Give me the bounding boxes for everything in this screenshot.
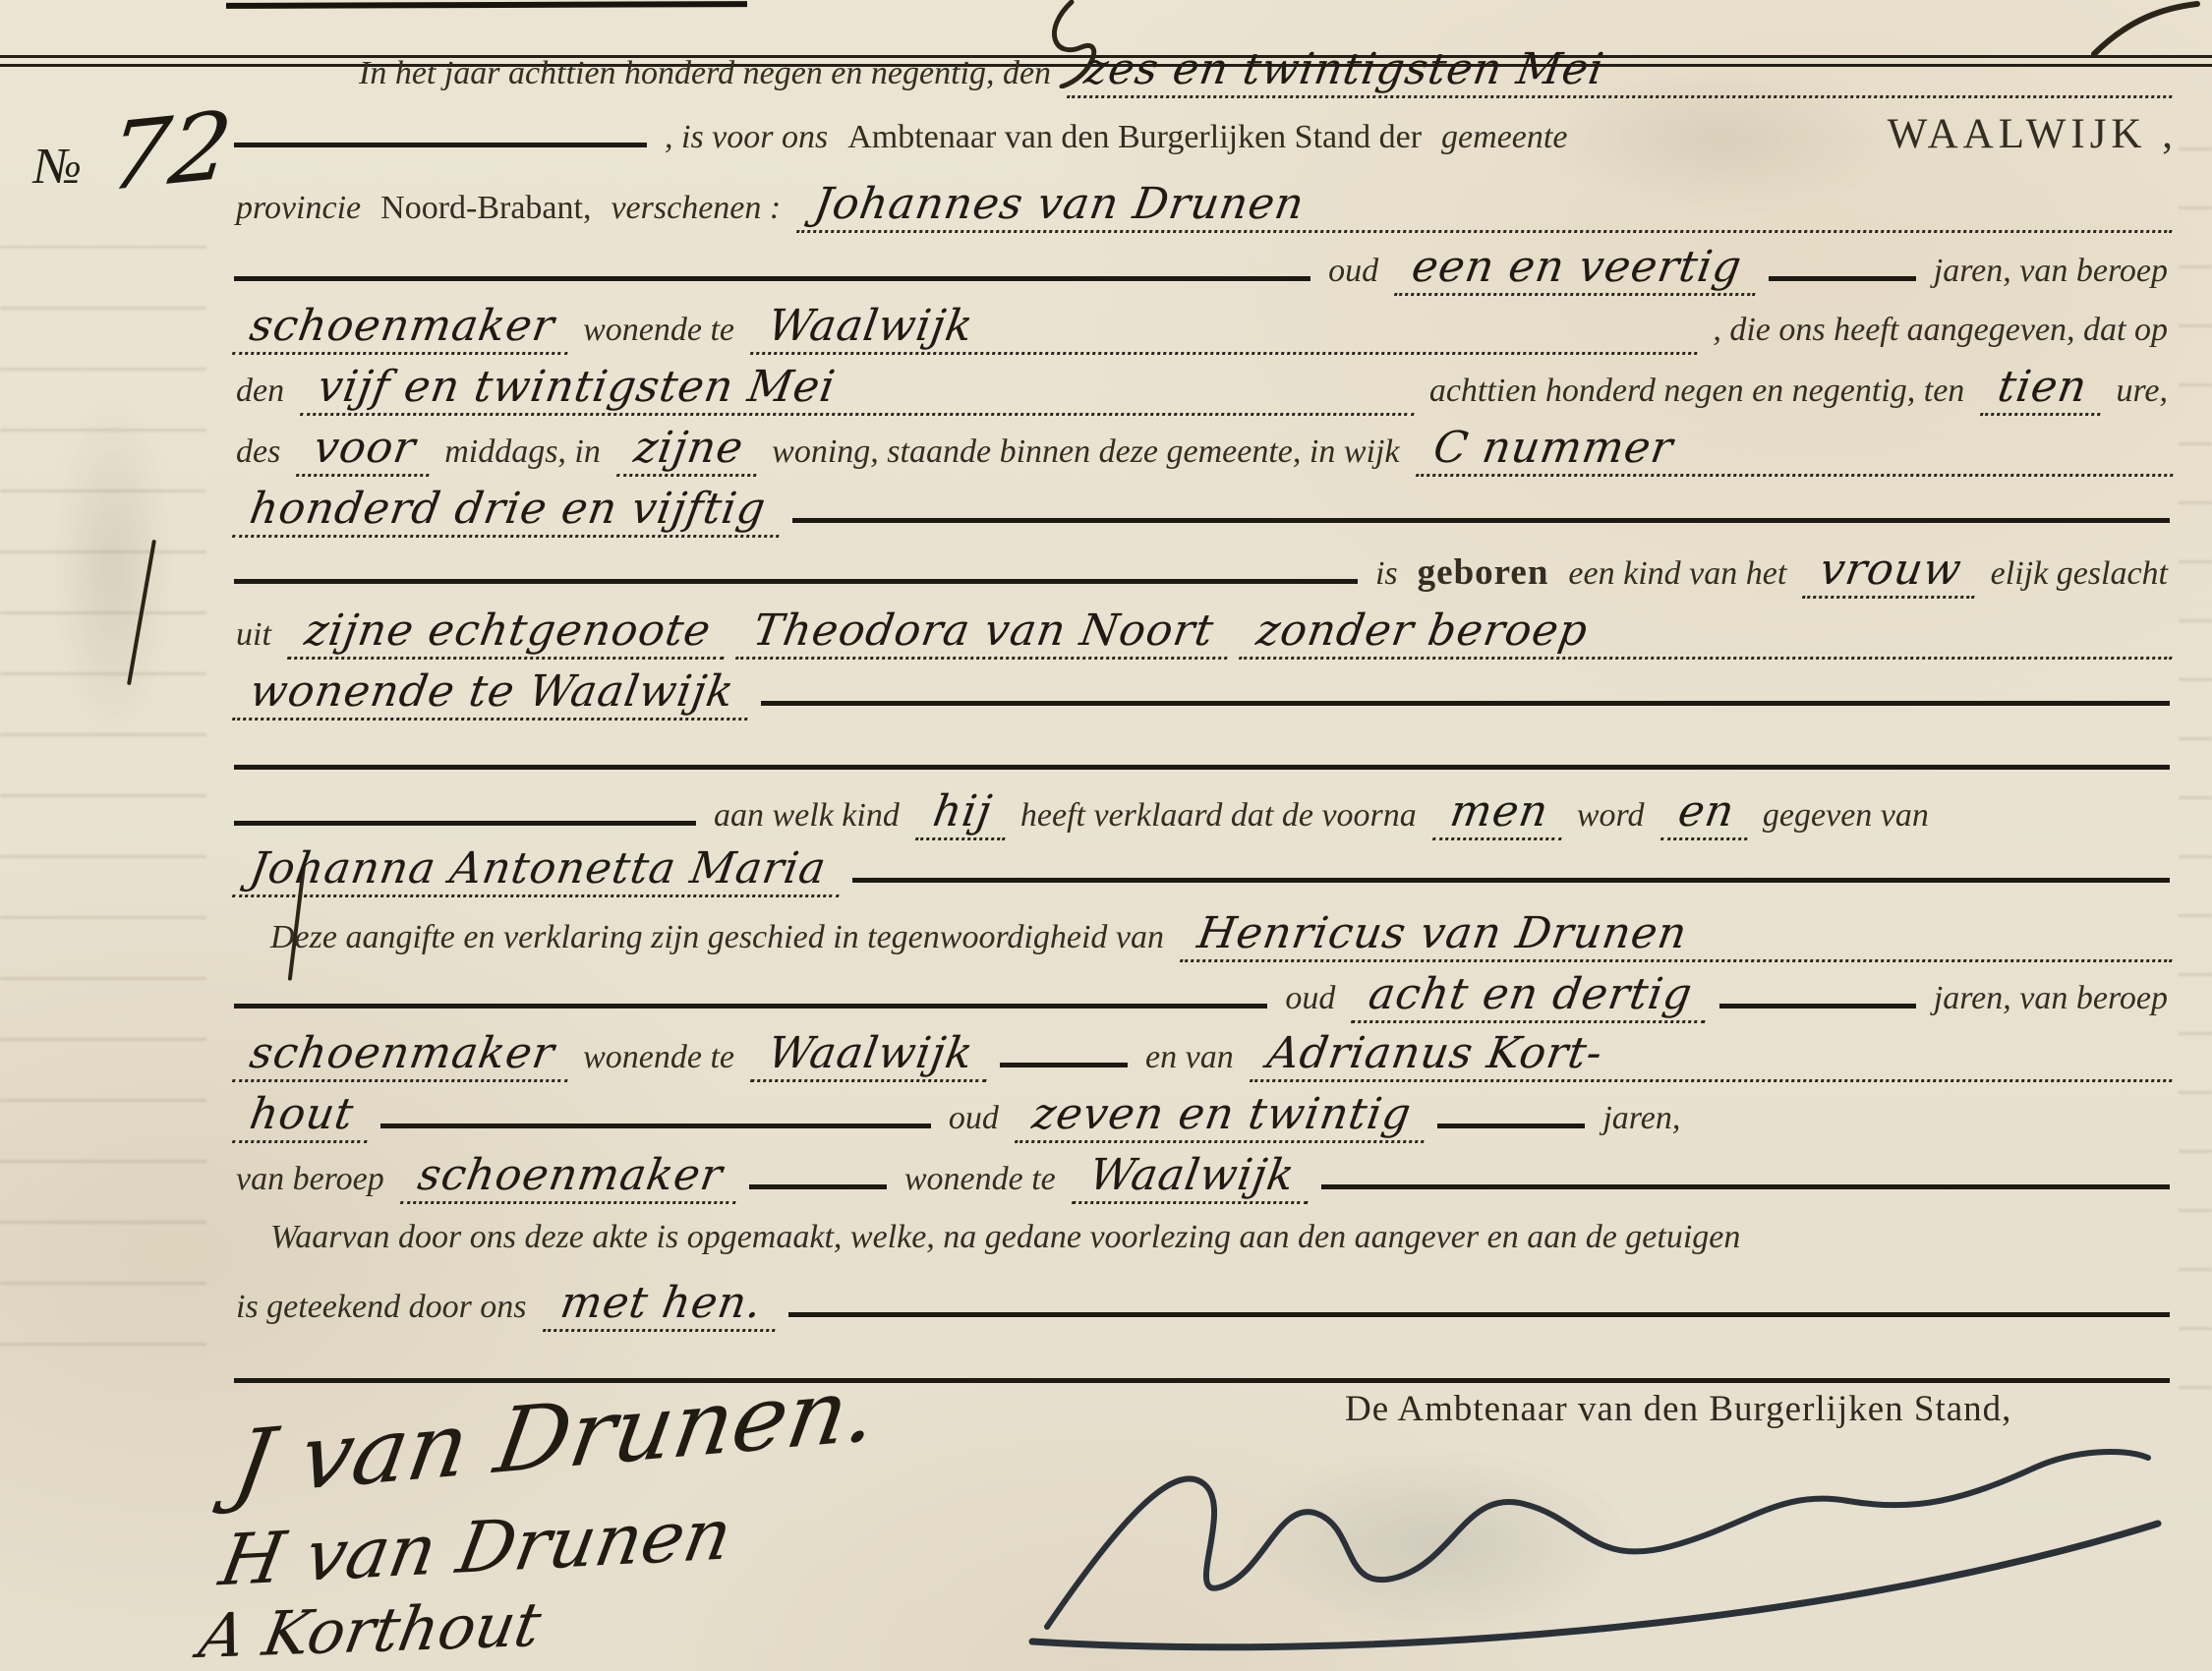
handwritten-text: een en veertig	[1394, 242, 1763, 296]
blank-rule	[1769, 247, 1916, 281]
record-number-value: 72	[103, 90, 237, 212]
birth-certificate-page: № 72 In het jaar achttien honderd negen …	[0, 0, 2212, 1671]
blank-rule	[1719, 974, 1916, 1008]
printed-text: den	[236, 373, 284, 410]
printed-text: is	[1375, 555, 1398, 593]
handwritten-text: Henricus van Drunen	[1180, 908, 2181, 962]
blank-rule	[234, 549, 1358, 584]
printed-text: geboren	[1418, 551, 1549, 594]
official-title: De Ambtenaar van den Burgerlijken Stand,	[1345, 1388, 2011, 1430]
printed-text: , die ons heeft aangegeven, dat op	[1713, 312, 2168, 349]
bleed-through-right-margin	[2179, 147, 2212, 1425]
form-line: denvijf en twintigsten Meiachttien honde…	[226, 362, 2178, 419]
handwritten-text: hij	[915, 786, 1014, 840]
blank-rule	[234, 791, 696, 826]
printed-text: Waarvan door ons deze akte is opgemaakt,…	[270, 1219, 1740, 1256]
blank-rule	[792, 489, 2170, 523]
handwritten-text: Johannes van Drunen	[796, 179, 2180, 233]
form-line: Deze aangifte en verklaring zijn geschie…	[226, 908, 2178, 965]
handwritten-text: tien	[1980, 362, 2109, 416]
printed-text: des	[236, 433, 280, 471]
printed-text: elijk geslacht	[1991, 555, 2168, 593]
printed-text: wonende te	[904, 1161, 1056, 1198]
handwritten-text: C nummer	[1416, 423, 2181, 477]
handwritten-text: Theodora van Noort	[735, 605, 1235, 660]
handwritten-text: en	[1660, 786, 1756, 840]
printed-text: ure,	[2116, 373, 2168, 410]
blank-rule	[1437, 1094, 1585, 1128]
printed-text: en van	[1145, 1039, 1234, 1076]
handwritten-text: zijne	[616, 423, 765, 477]
printed-text: Deze aangifte en verklaring zijn geschie…	[270, 919, 1164, 956]
printed-text: een kind van het	[1568, 555, 1786, 593]
form-line: In het jaar achttien honderd negen en ne…	[226, 44, 2178, 101]
handwritten-text: Adrianus Kort-	[1250, 1028, 2181, 1082]
printed-text: is geteekend door ons	[236, 1289, 527, 1326]
official-signature	[993, 1430, 2192, 1666]
printed-text: wonende te	[583, 1039, 734, 1076]
record-number-label: №	[33, 139, 82, 195]
witness-signature-2: A Korthout	[194, 1588, 546, 1671]
blank-rule	[234, 974, 1267, 1008]
form-line: houtoudzeven en twintigjaren,	[226, 1089, 2178, 1146]
form-line: , is voor onsAmbtenaar van den Burgerlij…	[226, 110, 2178, 167]
blank-rule	[852, 848, 2170, 883]
handwritten-text: zijne echtgenoote	[287, 605, 732, 660]
printed-text: uit	[236, 616, 271, 654]
blank-rule	[1321, 1155, 2170, 1189]
form-line: isgeboreneen kind van hetvrouwelijk gesl…	[226, 545, 2178, 602]
form-line: wonende te Waalwijk	[226, 666, 2178, 723]
handwritten-text: schoenmaker	[232, 1028, 576, 1082]
handwritten-text: zeven en twintig	[1015, 1089, 1432, 1143]
handwritten-text: men	[1432, 786, 1570, 840]
blank-rule	[234, 735, 2170, 770]
handwritten-text: honderd drie en vijftig	[232, 484, 787, 538]
printed-text: , is voor ons	[665, 119, 828, 156]
handwritten-text: Waalwijk	[750, 301, 1706, 355]
form-line: desvoormiddags, inzijnewoning, staande b…	[226, 423, 2178, 480]
form-line: Johanna Antonetta Maria	[226, 843, 2178, 900]
form-line: schoenmakerwonende teWaalwijk, die ons h…	[226, 301, 2178, 358]
handwritten-text: Johanna Antonetta Maria	[232, 843, 847, 897]
handwritten-text: vijf en twintigsten Mei	[300, 362, 1422, 416]
printed-text: aan welk kind	[714, 797, 900, 835]
handwritten-text: schoenmaker	[400, 1150, 744, 1204]
form-line: honderd drie en vijftig	[226, 484, 2178, 541]
printed-text: jaren, van beroep	[1934, 980, 2168, 1017]
printed-text: van beroep	[236, 1161, 384, 1198]
blank-rule	[749, 1155, 887, 1189]
printed-text: Noord-Brabant,	[380, 190, 591, 227]
blank-rule	[234, 1349, 2170, 1383]
handwritten-text: vrouw	[1802, 545, 1983, 599]
form-line: oudacht en dertigjaren, van beroep	[226, 969, 2178, 1026]
top-partial-rule	[226, 1, 747, 9]
form-line: Waarvan door ons deze akte is opgemaakt,…	[226, 1219, 2178, 1276]
bleed-through-left-margin	[0, 246, 206, 1376]
printed-text: word	[1577, 797, 1645, 835]
form-line: schoenmakerwonende teWaalwijken vanAdria…	[226, 1028, 2178, 1085]
form-line: van beroepschoenmakerwonende teWaalwijk	[226, 1150, 2178, 1207]
printed-text: Ambtenaar van den Burgerlijken Stand der	[847, 119, 1422, 156]
printed-text: heeft verklaard dat de voorna	[1020, 797, 1417, 835]
blank-rule	[380, 1094, 931, 1128]
handwritten-text: hout	[232, 1089, 376, 1143]
printed-text: oud	[1328, 253, 1378, 290]
form-line: provincieNoord-Brabant,verschenen :Johan…	[226, 179, 2178, 236]
printed-text: achttien honderd negen en negentig, ten	[1429, 373, 1964, 410]
form-line: aan welk kindhijheeft verklaard dat de v…	[226, 786, 2178, 843]
blank-rule	[788, 1283, 2170, 1317]
handwritten-text: acht en dertig	[1351, 969, 1714, 1023]
form-line	[226, 735, 2178, 792]
handwritten-text: Waalwijk	[750, 1028, 995, 1082]
form-line: is geteekend door onsmet hen.	[226, 1278, 2178, 1335]
handwritten-text: met hen.	[543, 1278, 784, 1332]
handwritten-text: voor	[296, 423, 437, 477]
blank-rule	[234, 113, 647, 147]
blank-rule	[234, 247, 1310, 281]
printed-text: middags, in	[444, 433, 601, 471]
printed-text: oud	[1285, 980, 1335, 1017]
printed-text: WAALWIJK ,	[1888, 110, 2178, 158]
form-line: uitzijne echtgenooteTheodora van Noortzo…	[226, 605, 2178, 663]
handwritten-text: zes en twintigsten Mei	[1067, 44, 2181, 98]
printed-text: wonende te	[583, 312, 734, 349]
printed-text: jaren, van beroep	[1934, 253, 2168, 290]
record-number: № 72	[33, 138, 82, 196]
printed-text: gemeente	[1441, 119, 1567, 156]
handwritten-text: wonende te Waalwijk	[232, 666, 755, 720]
handwritten-text: Waalwijk	[1072, 1150, 1316, 1204]
blank-rule	[1000, 1033, 1128, 1067]
printed-text: In het jaar achttien honderd negen en ne…	[359, 55, 1051, 92]
printed-text: provincie	[236, 190, 361, 227]
printed-text: woning, staande binnen deze gemeente, in…	[772, 433, 1399, 471]
blank-rule	[761, 671, 2170, 706]
handwritten-text: schoenmaker	[232, 301, 576, 355]
handwritten-text: zonder beroep	[1239, 605, 2181, 660]
printed-text: jaren,	[1602, 1100, 1680, 1137]
printed-text: gegeven van	[1763, 797, 1929, 835]
form-line: oudeen en veertigjaren, van beroep	[226, 242, 2178, 299]
printed-text: verschenen :	[611, 190, 781, 227]
printed-text: oud	[949, 1100, 999, 1137]
